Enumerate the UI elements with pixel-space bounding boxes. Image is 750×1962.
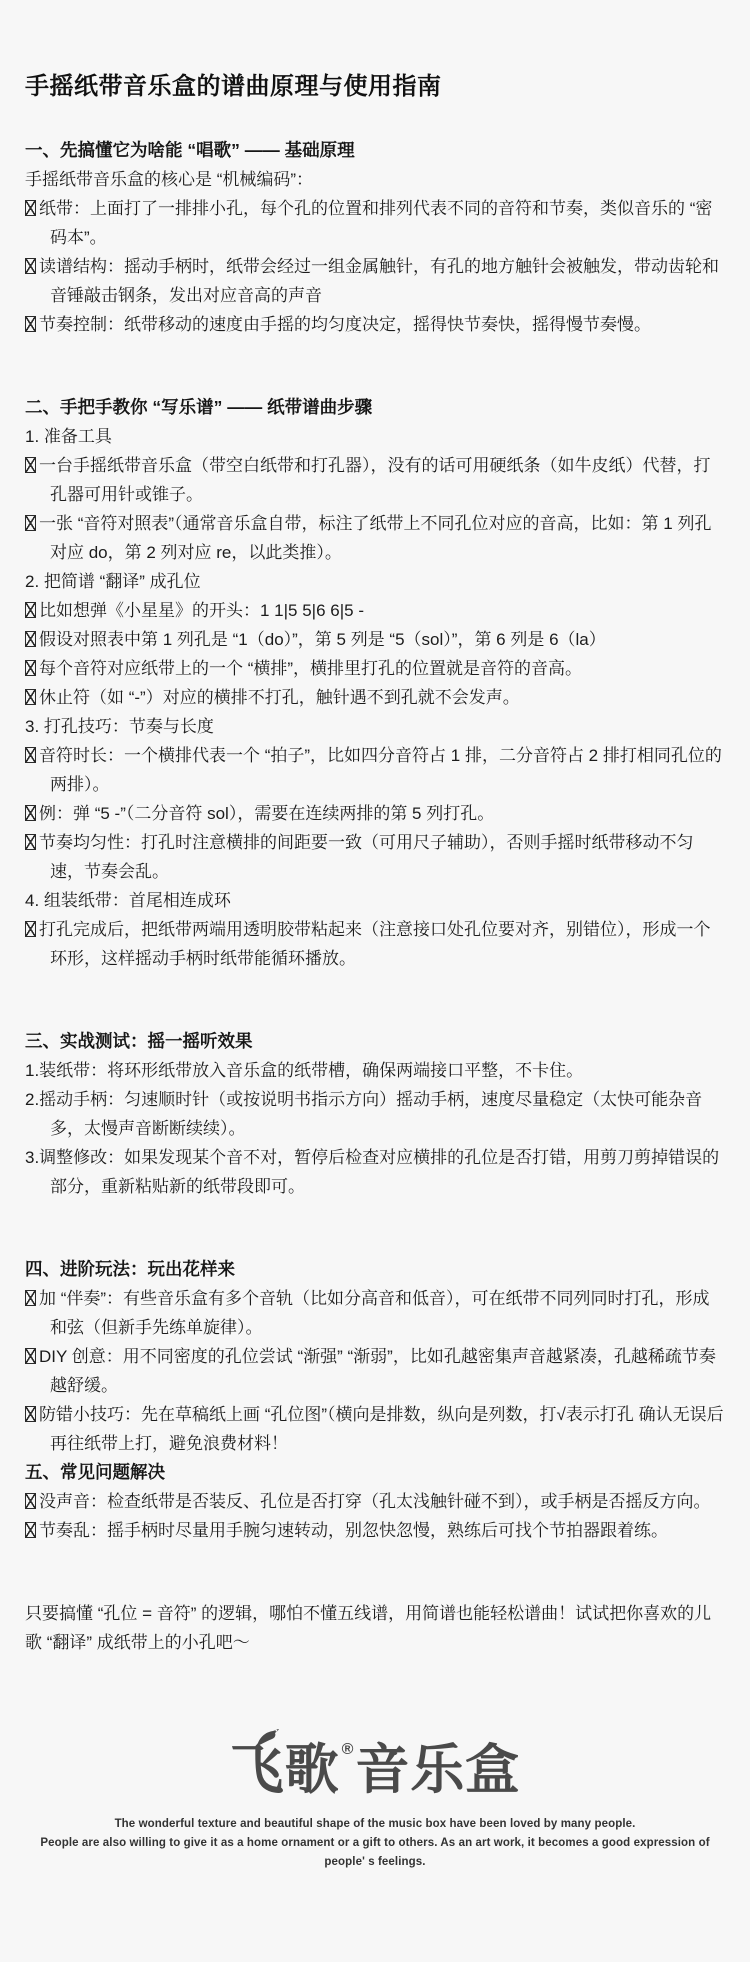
paragraph: 手摇纸带音乐盒的核心是 “机械编码”： [25,165,725,194]
missing-glyph-box-icon [25,805,36,821]
bullet-item: 节奏均匀性：打孔时注意横排的间距要一致（可用尺子辅助），否则手摇时纸带移动不匀速… [25,828,725,886]
missing-glyph-box-icon [25,457,36,473]
footer-taglines: The wonderful texture and beautiful shap… [25,1815,725,1872]
registered-trademark-icon: ® [342,1739,354,1758]
brand-name-right: 音乐盒 [355,1739,520,1801]
section: 二、手把手教你 “写乐谱” —— 纸带谱曲步骤1. 准备工具一台手摇纸带音乐盒（… [25,393,725,973]
bullet-item: 一张 “音符对照表”（通常音乐盒自带，标注了纸带上不同孔位对应的音高，比如：第 … [25,509,725,567]
missing-glyph-box-icon [25,834,36,850]
footer-tagline-1: The wonderful texture and beautiful shap… [25,1815,725,1834]
section-heading: 二、手把手教你 “写乐谱” —— 纸带谱曲步骤 [25,393,725,422]
missing-glyph-box-icon [25,631,36,647]
missing-glyph-box-icon [25,200,36,216]
document-body: 一、先搞懂它为啥能 “唱歌” —— 基础原理手摇纸带音乐盒的核心是 “机械编码”… [25,136,725,1657]
section: 三、实战测试：摇一摇听效果1.装纸带：将环形纸带放入音乐盒的纸带槽，确保两端接口… [25,1027,725,1201]
bullet-text: 例：弹 “5 -”（二分音符 sol），需要在连续两排的第 5 列打孔。 [39,804,494,823]
missing-glyph-box-icon [25,747,36,763]
bullet-item: 纸带：上面打了一排排小孔，每个孔的位置和排列代表不同的音符和节奏，类似音乐的 “… [25,194,725,252]
bullet-text: 打孔完成后，把纸带两端用透明胶带粘起来（注意接口处孔位要对齐，别错位），形成一个… [39,920,711,968]
missing-glyph-box-icon [25,1348,36,1364]
missing-glyph-box-icon [25,316,36,332]
bullet-text: 每个音符对应纸带上的一个 “横排”，横排里打孔的位置就是音符的音高。 [39,659,582,678]
missing-glyph-box-icon [25,921,36,937]
document-page: 手摇纸带音乐盒的谱曲原理与使用指南 一、先搞懂它为啥能 “唱歌” —— 基础原理… [0,0,750,1962]
footer-tagline-2: People are also willing to give it as a … [25,1834,725,1872]
bullet-text: 节奏乱：摇手柄时尽量用手腕匀速转动，别忽快忽慢，熟练后可找个节拍器跟着练。 [39,1521,668,1540]
bullet-text: 防错小技巧：先在草稿纸上画 “孔位图”（横向是排数，纵向是列数，打√表示打孔 确… [39,1405,724,1453]
footer: 飞歌 ® 音乐盒 The wonderful texture and beaut… [25,1739,725,1872]
missing-glyph-box-icon [25,660,36,676]
bullet-item: 例：弹 “5 -”（二分音符 sol），需要在连续两排的第 5 列打孔。 [25,799,725,828]
section: 五、常见问题解决没声音：检查纸带是否装反、孔位是否打穿（孔太浅触针碰不到），或手… [25,1458,725,1545]
bullet-text: 假设对照表中第 1 列孔是 “1（do）”，第 5 列是 “5（sol）”，第 … [39,630,606,649]
page-title: 手摇纸带音乐盒的谱曲原理与使用指南 [25,72,725,102]
missing-glyph-box-icon [25,1290,36,1306]
missing-glyph-box-icon [25,689,36,705]
section-heading: 四、进阶玩法：玩出花样来 [25,1255,725,1284]
bird-icon [253,1726,281,1750]
numbered-item: 2.摇动手柄：匀速顺时针（或按说明书指示方向）摇动手柄，速度尽量稳定（太快可能杂… [25,1085,725,1143]
missing-glyph-box-icon [25,1406,36,1422]
missing-glyph-box-icon [25,1493,36,1509]
missing-glyph-box-icon [25,258,36,274]
section: 四、进阶玩法：玩出花样来加 “伴奏”：有些音乐盒有多个音轨（比如分高音和低音），… [25,1255,725,1458]
section-heading: 一、先搞懂它为啥能 “唱歌” —— 基础原理 [25,136,725,165]
bullet-item: 读谱结构：摇动手柄时，纸带会经过一组金属触针，有孔的地方触针会被触发，带动齿轮和… [25,252,725,310]
bullet-item: 打孔完成后，把纸带两端用透明胶带粘起来（注意接口处孔位要对齐，别错位），形成一个… [25,915,725,973]
bullet-item: 一台手摇纸带音乐盒（带空白纸带和打孔器），没有的话可用硬纸条（如牛皮纸）代替，打… [25,451,725,509]
bullet-item: 音符时长：一个横排代表一个 “拍子”，比如四分音符占 1 排，二分音符占 2 排… [25,741,725,799]
bullet-item: 每个音符对应纸带上的一个 “横排”，横排里打孔的位置就是音符的音高。 [25,654,725,683]
bullet-text: DIY 创意：用不同密度的孔位尝试 “渐强” “渐弱”，比如孔越密集声音越紧凑，… [39,1347,716,1395]
bullet-item: 防错小技巧：先在草稿纸上画 “孔位图”（横向是排数，纵向是列数，打√表示打孔 确… [25,1400,725,1458]
bullet-text: 纸带：上面打了一排排小孔，每个孔的位置和排列代表不同的音符和节奏，类似音乐的 “… [39,199,712,247]
missing-glyph-box-icon [25,602,36,618]
step-label: 3. 打孔技巧：节奏与长度 [25,712,725,741]
bullet-text: 一张 “音符对照表”（通常音乐盒自带，标注了纸带上不同孔位对应的音高，比如：第 … [39,514,711,562]
paragraph: 只要搞懂 “孔位 = 音符” 的逻辑，哪怕不懂五线谱，用简谱也能轻松谱曲！试试把… [25,1599,725,1657]
bullet-item: 节奏控制：纸带移动的速度由手摇的均匀度决定，摇得快节奏快，摇得慢节奏慢。 [25,310,725,339]
section: 一、先搞懂它为啥能 “唱歌” —— 基础原理手摇纸带音乐盒的核心是 “机械编码”… [25,136,725,339]
bullet-text: 加 “伴奏”：有些音乐盒有多个音轨（比如分高音和低音），可在纸带不同列同时打孔，… [39,1289,710,1337]
bullet-text: 节奏控制：纸带移动的速度由手摇的均匀度决定，摇得快节奏快，摇得慢节奏慢。 [39,315,651,334]
bullet-text: 一台手摇纸带音乐盒（带空白纸带和打孔器），没有的话可用硬纸条（如牛皮纸）代替，打… [39,456,711,504]
bullet-item: 节奏乱：摇手柄时尽量用手腕匀速转动，别忽快忽慢，熟练后可找个节拍器跟着练。 [25,1516,725,1545]
bullet-item: 假设对照表中第 1 列孔是 “1（do）”，第 5 列是 “5（sol）”，第 … [25,625,725,654]
numbered-item: 1.装纸带：将环形纸带放入音乐盒的纸带槽，确保两端接口平整，不卡住。 [25,1056,725,1085]
section: 只要搞懂 “孔位 = 音符” 的逻辑，哪怕不懂五线谱，用简谱也能轻松谱曲！试试把… [25,1599,725,1657]
bullet-text: 没声音：检查纸带是否装反、孔位是否打穿（孔太浅触针碰不到），或手柄是否摇反方向。 [39,1492,711,1511]
numbered-item: 3.调整修改：如果发现某个音不对，暂停后检查对应横排的孔位是否打错，用剪刀剪掉错… [25,1143,725,1201]
bullet-item: 比如想弹《小星星》的开头：1 1|5 5|6 6|5 - [25,596,725,625]
bullet-item: 休止符（如 “-”）对应的横排不打孔，触针遇不到孔就不会发声。 [25,683,725,712]
bullet-text: 比如想弹《小星星》的开头：1 1|5 5|6 6|5 - [39,601,364,620]
bullet-item: 加 “伴奏”：有些音乐盒有多个音轨（比如分高音和低音），可在纸带不同列同时打孔，… [25,1284,725,1342]
brand-logo: 飞歌 ® 音乐盒 [25,1739,725,1801]
bullet-text: 休止符（如 “-”）对应的横排不打孔，触针遇不到孔就不会发声。 [39,688,520,707]
step-label: 1. 准备工具 [25,422,725,451]
section-heading: 五、常见问题解决 [25,1458,725,1487]
section-heading: 三、实战测试：摇一摇听效果 [25,1027,725,1056]
bullet-text: 音符时长：一个横排代表一个 “拍子”，比如四分音符占 1 排，二分音符占 2 排… [39,746,722,794]
bullet-text: 节奏均匀性：打孔时注意横排的间距要一致（可用尺子辅助），否则手摇时纸带移动不匀速… [39,833,694,881]
bullet-item: DIY 创意：用不同密度的孔位尝试 “渐强” “渐弱”，比如孔越密集声音越紧凑，… [25,1342,725,1400]
step-label: 4. 组装纸带：首尾相连成环 [25,886,725,915]
bullet-text: 读谱结构：摇动手柄时，纸带会经过一组金属触针，有孔的地方触针会被触发，带动齿轮和… [39,257,719,305]
bullet-item: 没声音：检查纸带是否装反、孔位是否打穿（孔太浅触针碰不到），或手柄是否摇反方向。 [25,1487,725,1516]
missing-glyph-box-icon [25,515,36,531]
brand-name-left: 飞歌 [230,1739,340,1801]
step-label: 2. 把简谱 “翻译” 成孔位 [25,567,725,596]
missing-glyph-box-icon [25,1522,36,1538]
